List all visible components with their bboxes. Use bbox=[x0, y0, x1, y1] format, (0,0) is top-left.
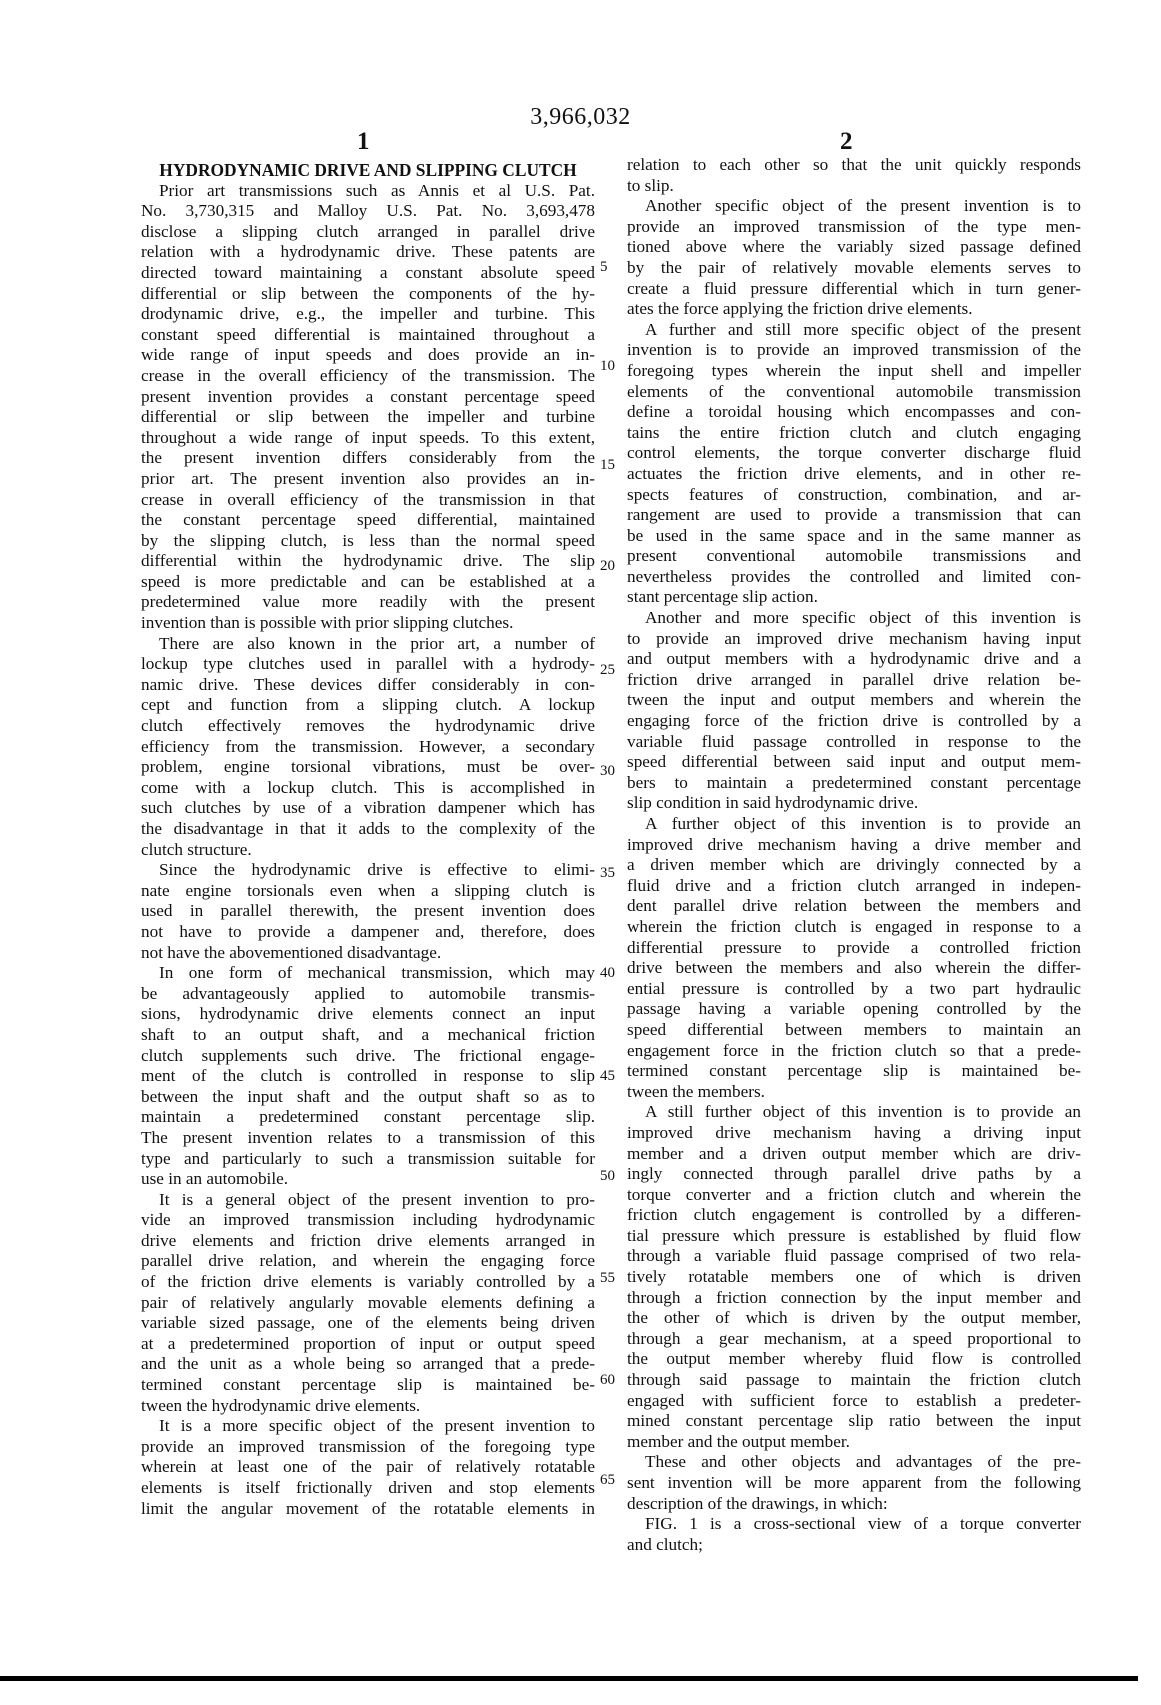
footer-rule bbox=[0, 1676, 1138, 1681]
text-line: A further object of this invention is to… bbox=[627, 814, 1081, 835]
text-line: limit the angular movement of the rotata… bbox=[141, 1499, 595, 1520]
text-line: improved drive mechanism having a drivin… bbox=[627, 1123, 1081, 1144]
text-line: engaging force of the friction drive is … bbox=[627, 711, 1081, 732]
text-line: used in parallel therewith, the present … bbox=[141, 901, 595, 922]
right-column-body: relation to each other so that the unit … bbox=[627, 155, 1081, 1555]
text-line: tween the input and output members and w… bbox=[627, 690, 1081, 711]
text-line: stant percentage slip action. bbox=[627, 587, 1081, 608]
text-line: the present invention differs considerab… bbox=[141, 448, 595, 469]
text-line: namic drive. These devices differ consid… bbox=[141, 675, 595, 696]
text-line: through a friction connection by the inp… bbox=[627, 1288, 1081, 1309]
text-line: provide an improved transmission of the … bbox=[627, 217, 1081, 238]
text-line: at a predetermined proportion of input o… bbox=[141, 1334, 595, 1355]
text-line: maintain a predetermined constant percen… bbox=[141, 1107, 595, 1128]
text-line: parallel drive relation, and wherein the… bbox=[141, 1251, 595, 1272]
text-line: tween the members. bbox=[627, 1082, 1081, 1103]
text-line: the constant percentage speed differenti… bbox=[141, 510, 595, 531]
text-line: description of the drawings, in which: bbox=[627, 1494, 1081, 1515]
text-line: It is a more specific object of the pres… bbox=[141, 1416, 595, 1437]
text-line: invention than is possible with prior sl… bbox=[141, 613, 595, 634]
text-line: The present invention relates to a trans… bbox=[141, 1128, 595, 1149]
text-line: member and the output member. bbox=[627, 1432, 1081, 1453]
text-line: through said passage to maintain the fri… bbox=[627, 1370, 1081, 1391]
text-line: invention is to provide an improved tran… bbox=[627, 340, 1081, 361]
text-line: crease in overall efficiency of the tran… bbox=[141, 490, 595, 511]
text-line: FIG. 1 is a cross-sectional view of a to… bbox=[627, 1514, 1081, 1535]
text-line: These and other objects and advantages o… bbox=[627, 1452, 1081, 1473]
text-line: mined constant percentage slip ratio bet… bbox=[627, 1411, 1081, 1432]
text-line: lockup type clutches used in parallel wi… bbox=[141, 654, 595, 675]
text-line: Another and more specific object of this… bbox=[627, 608, 1081, 629]
column-number-left: 1 bbox=[357, 128, 370, 156]
text-line: termined constant percentage slip is mai… bbox=[627, 1061, 1081, 1082]
text-line: come with a lockup clutch. This is accom… bbox=[141, 778, 595, 799]
text-line: engaged with sufficient force to establi… bbox=[627, 1391, 1081, 1412]
column-number-right: 2 bbox=[840, 128, 853, 156]
text-line: friction drive arranged in parallel driv… bbox=[627, 670, 1081, 691]
text-line: and the unit as a whole being so arrange… bbox=[141, 1354, 595, 1375]
text-line: variable fluid passage controlled in res… bbox=[627, 732, 1081, 753]
text-line: differential within the hydrodynamic dri… bbox=[141, 551, 595, 572]
text-line: drive elements and friction drive elemen… bbox=[141, 1231, 595, 1252]
text-line: and clutch; bbox=[627, 1535, 1081, 1556]
text-line: differential or slip between the impelle… bbox=[141, 407, 595, 428]
text-line: type and particularly to such a transmis… bbox=[141, 1149, 595, 1170]
text-line: Prior art transmissions such as Annis et… bbox=[141, 181, 595, 202]
line-number: 35 bbox=[600, 865, 624, 882]
line-number: 5 bbox=[600, 259, 624, 276]
text-line: the disadvantage in that it adds to the … bbox=[141, 819, 595, 840]
line-number: 10 bbox=[600, 358, 624, 375]
text-line: drive between the members and also where… bbox=[627, 958, 1081, 979]
text-line: torque converter and a friction clutch a… bbox=[627, 1185, 1081, 1206]
text-line: tioned above where the variably sized pa… bbox=[627, 237, 1081, 258]
line-number: 55 bbox=[600, 1270, 624, 1287]
left-text-column: HYDRODYNAMIC DRIVE AND SLIPPING CLUTCH P… bbox=[141, 160, 595, 1519]
text-line: relation to each other so that the unit … bbox=[627, 155, 1081, 176]
text-line: dent parallel drive relation between the… bbox=[627, 896, 1081, 917]
text-line: create a fluid pressure differential whi… bbox=[627, 279, 1081, 300]
line-number: 65 bbox=[600, 1472, 624, 1489]
text-line: the output member whereby fluid flow is … bbox=[627, 1349, 1081, 1370]
text-line: predetermined value more readily with th… bbox=[141, 592, 595, 613]
line-number: 15 bbox=[600, 457, 624, 474]
text-line: the other of which is driven by the outp… bbox=[627, 1308, 1081, 1329]
text-line: crease in the overall efficiency of the … bbox=[141, 366, 595, 387]
text-line: differential or slip between the compone… bbox=[141, 284, 595, 305]
patent-number: 3,966,032 bbox=[0, 104, 1161, 131]
text-line: Since the hydrodynamic drive is effectiv… bbox=[141, 860, 595, 881]
text-line: fluid drive and a friction clutch arrang… bbox=[627, 876, 1081, 897]
text-line: wherein the friction clutch is engaged i… bbox=[627, 917, 1081, 938]
text-line: not have the abovementioned disadvantage… bbox=[141, 943, 595, 964]
text-line: A still further object of this invention… bbox=[627, 1102, 1081, 1123]
text-line: such clutches by use of a vibration damp… bbox=[141, 798, 595, 819]
text-line: pair of relatively angularly movable ele… bbox=[141, 1293, 595, 1314]
text-line: foregoing types wherein the input shell … bbox=[627, 361, 1081, 382]
text-line: tween the hydrodynamic drive elements. bbox=[141, 1396, 595, 1417]
text-line: a driven member which are drivingly conn… bbox=[627, 855, 1081, 876]
text-line: between the input shaft and the output s… bbox=[141, 1087, 595, 1108]
text-line: ates the force applying the friction dri… bbox=[627, 299, 1081, 320]
text-line: actuates the friction drive elements, an… bbox=[627, 464, 1081, 485]
text-line: A further and still more specific object… bbox=[627, 320, 1081, 341]
text-line: be used in the same space and in the sam… bbox=[627, 526, 1081, 547]
text-line: speed differential between said input an… bbox=[627, 752, 1081, 773]
text-line: use in an automobile. bbox=[141, 1169, 595, 1190]
line-number: 60 bbox=[600, 1372, 624, 1389]
left-column-body: Prior art transmissions such as Annis et… bbox=[141, 181, 595, 1520]
text-line: ingly connected through parallel drive p… bbox=[627, 1164, 1081, 1185]
text-line: present invention provides a constant pe… bbox=[141, 387, 595, 408]
text-line: passage having a variable opening contro… bbox=[627, 999, 1081, 1020]
text-line: spects features of construction, combina… bbox=[627, 485, 1081, 506]
line-number: 40 bbox=[600, 965, 624, 982]
text-line: shaft to an output shaft, and a mechanic… bbox=[141, 1025, 595, 1046]
text-line: efficiency from the transmission. Howeve… bbox=[141, 737, 595, 758]
line-number: 20 bbox=[600, 558, 624, 575]
text-line: speed differential between members to ma… bbox=[627, 1020, 1081, 1041]
text-line: by the pair of relatively movable elemen… bbox=[627, 258, 1081, 279]
text-line: friction clutch engagement is controlled… bbox=[627, 1205, 1081, 1226]
line-number: 30 bbox=[600, 763, 624, 780]
text-line: clutch effectively removes the hydrodyna… bbox=[141, 716, 595, 737]
text-line: ential pressure is controlled by a two p… bbox=[627, 979, 1081, 1000]
right-text-column: relation to each other so that the unit … bbox=[627, 155, 1081, 1555]
text-line: throughout a wide range of input speeds.… bbox=[141, 428, 595, 449]
text-line: of the friction drive elements is variab… bbox=[141, 1272, 595, 1293]
text-line: define a toroidal housing which encompas… bbox=[627, 402, 1081, 423]
text-line: disclose a slipping clutch arranged in p… bbox=[141, 222, 595, 243]
text-line: prior art. The present invention also pr… bbox=[141, 469, 595, 490]
text-line: present conventional automobile transmis… bbox=[627, 546, 1081, 567]
text-line: elements of the conventional automobile … bbox=[627, 382, 1081, 403]
text-line: clutch supplements such drive. The frict… bbox=[141, 1046, 595, 1067]
text-line: Another specific object of the present i… bbox=[627, 196, 1081, 217]
text-line: tively rotatable members one of which is… bbox=[627, 1267, 1081, 1288]
text-line: differential pressure to provide a contr… bbox=[627, 938, 1081, 959]
text-line: be advantageously applied to automobile … bbox=[141, 984, 595, 1005]
text-line: clutch structure. bbox=[141, 840, 595, 861]
line-number: 25 bbox=[600, 662, 624, 679]
text-line: ment of the clutch is controlled in resp… bbox=[141, 1066, 595, 1087]
text-line: member and a driven output member which … bbox=[627, 1144, 1081, 1165]
text-line: nate engine torsionals even when a slipp… bbox=[141, 881, 595, 902]
text-line: drodynamic drive, e.g., the impeller and… bbox=[141, 304, 595, 325]
text-line: slip condition in said hydrodynamic driv… bbox=[627, 793, 1081, 814]
text-line: cept and function from a slipping clutch… bbox=[141, 695, 595, 716]
text-line: by the slipping clutch, is less than the… bbox=[141, 531, 595, 552]
text-line: rangement are used to provide a transmis… bbox=[627, 505, 1081, 526]
text-line: engagement force in the friction clutch … bbox=[627, 1041, 1081, 1062]
text-line: No. 3,730,315 and Malloy U.S. Pat. No. 3… bbox=[141, 201, 595, 222]
text-line: elements is itself frictionally driven a… bbox=[141, 1478, 595, 1499]
text-line: wherein at least one of the pair of rela… bbox=[141, 1457, 595, 1478]
text-line: and output members with a hydrodynamic d… bbox=[627, 649, 1081, 670]
text-line: bers to maintain a predetermined constan… bbox=[627, 773, 1081, 794]
document-title: HYDRODYNAMIC DRIVE AND SLIPPING CLUTCH bbox=[141, 160, 595, 181]
text-line: It is a general object of the present in… bbox=[141, 1190, 595, 1211]
text-line: to provide an improved drive mechanism h… bbox=[627, 629, 1081, 650]
text-line: wide range of input speeds and does prov… bbox=[141, 345, 595, 366]
line-number: 50 bbox=[600, 1168, 624, 1185]
text-line: In one form of mechanical transmission, … bbox=[141, 963, 595, 984]
text-line: speed is more predictable and can be est… bbox=[141, 572, 595, 593]
text-line: control elements, the torque converter d… bbox=[627, 443, 1081, 464]
text-line: vide an improved transmission including … bbox=[141, 1210, 595, 1231]
text-line: to slip. bbox=[627, 176, 1081, 197]
text-line: sions, hydrodynamic drive elements conne… bbox=[141, 1004, 595, 1025]
text-line: tains the entire friction clutch and clu… bbox=[627, 423, 1081, 444]
text-line: There are also known in the prior art, a… bbox=[141, 634, 595, 655]
text-line: tial pressure which pressure is establis… bbox=[627, 1226, 1081, 1247]
text-line: improved drive mechanism having a drive … bbox=[627, 835, 1081, 856]
text-line: through a variable fluid passage compris… bbox=[627, 1246, 1081, 1267]
line-number: 45 bbox=[600, 1068, 624, 1085]
text-line: relation with a hydrodynamic drive. Thes… bbox=[141, 242, 595, 263]
text-line: constant speed differential is maintaine… bbox=[141, 325, 595, 346]
text-line: provide an improved transmission of the … bbox=[141, 1437, 595, 1458]
text-line: nevertheless provides the controlled and… bbox=[627, 567, 1081, 588]
text-line: directed toward maintaining a constant a… bbox=[141, 263, 595, 284]
text-line: not have to provide a dampener and, ther… bbox=[141, 922, 595, 943]
text-line: problem, engine torsional vibrations, mu… bbox=[141, 757, 595, 778]
text-line: through a gear mechanism, at a speed pro… bbox=[627, 1329, 1081, 1350]
text-line: sent invention will be more apparent fro… bbox=[627, 1473, 1081, 1494]
text-line: variable sized passage, one of the eleme… bbox=[141, 1313, 595, 1334]
text-line: termined constant percentage slip is mai… bbox=[141, 1375, 595, 1396]
